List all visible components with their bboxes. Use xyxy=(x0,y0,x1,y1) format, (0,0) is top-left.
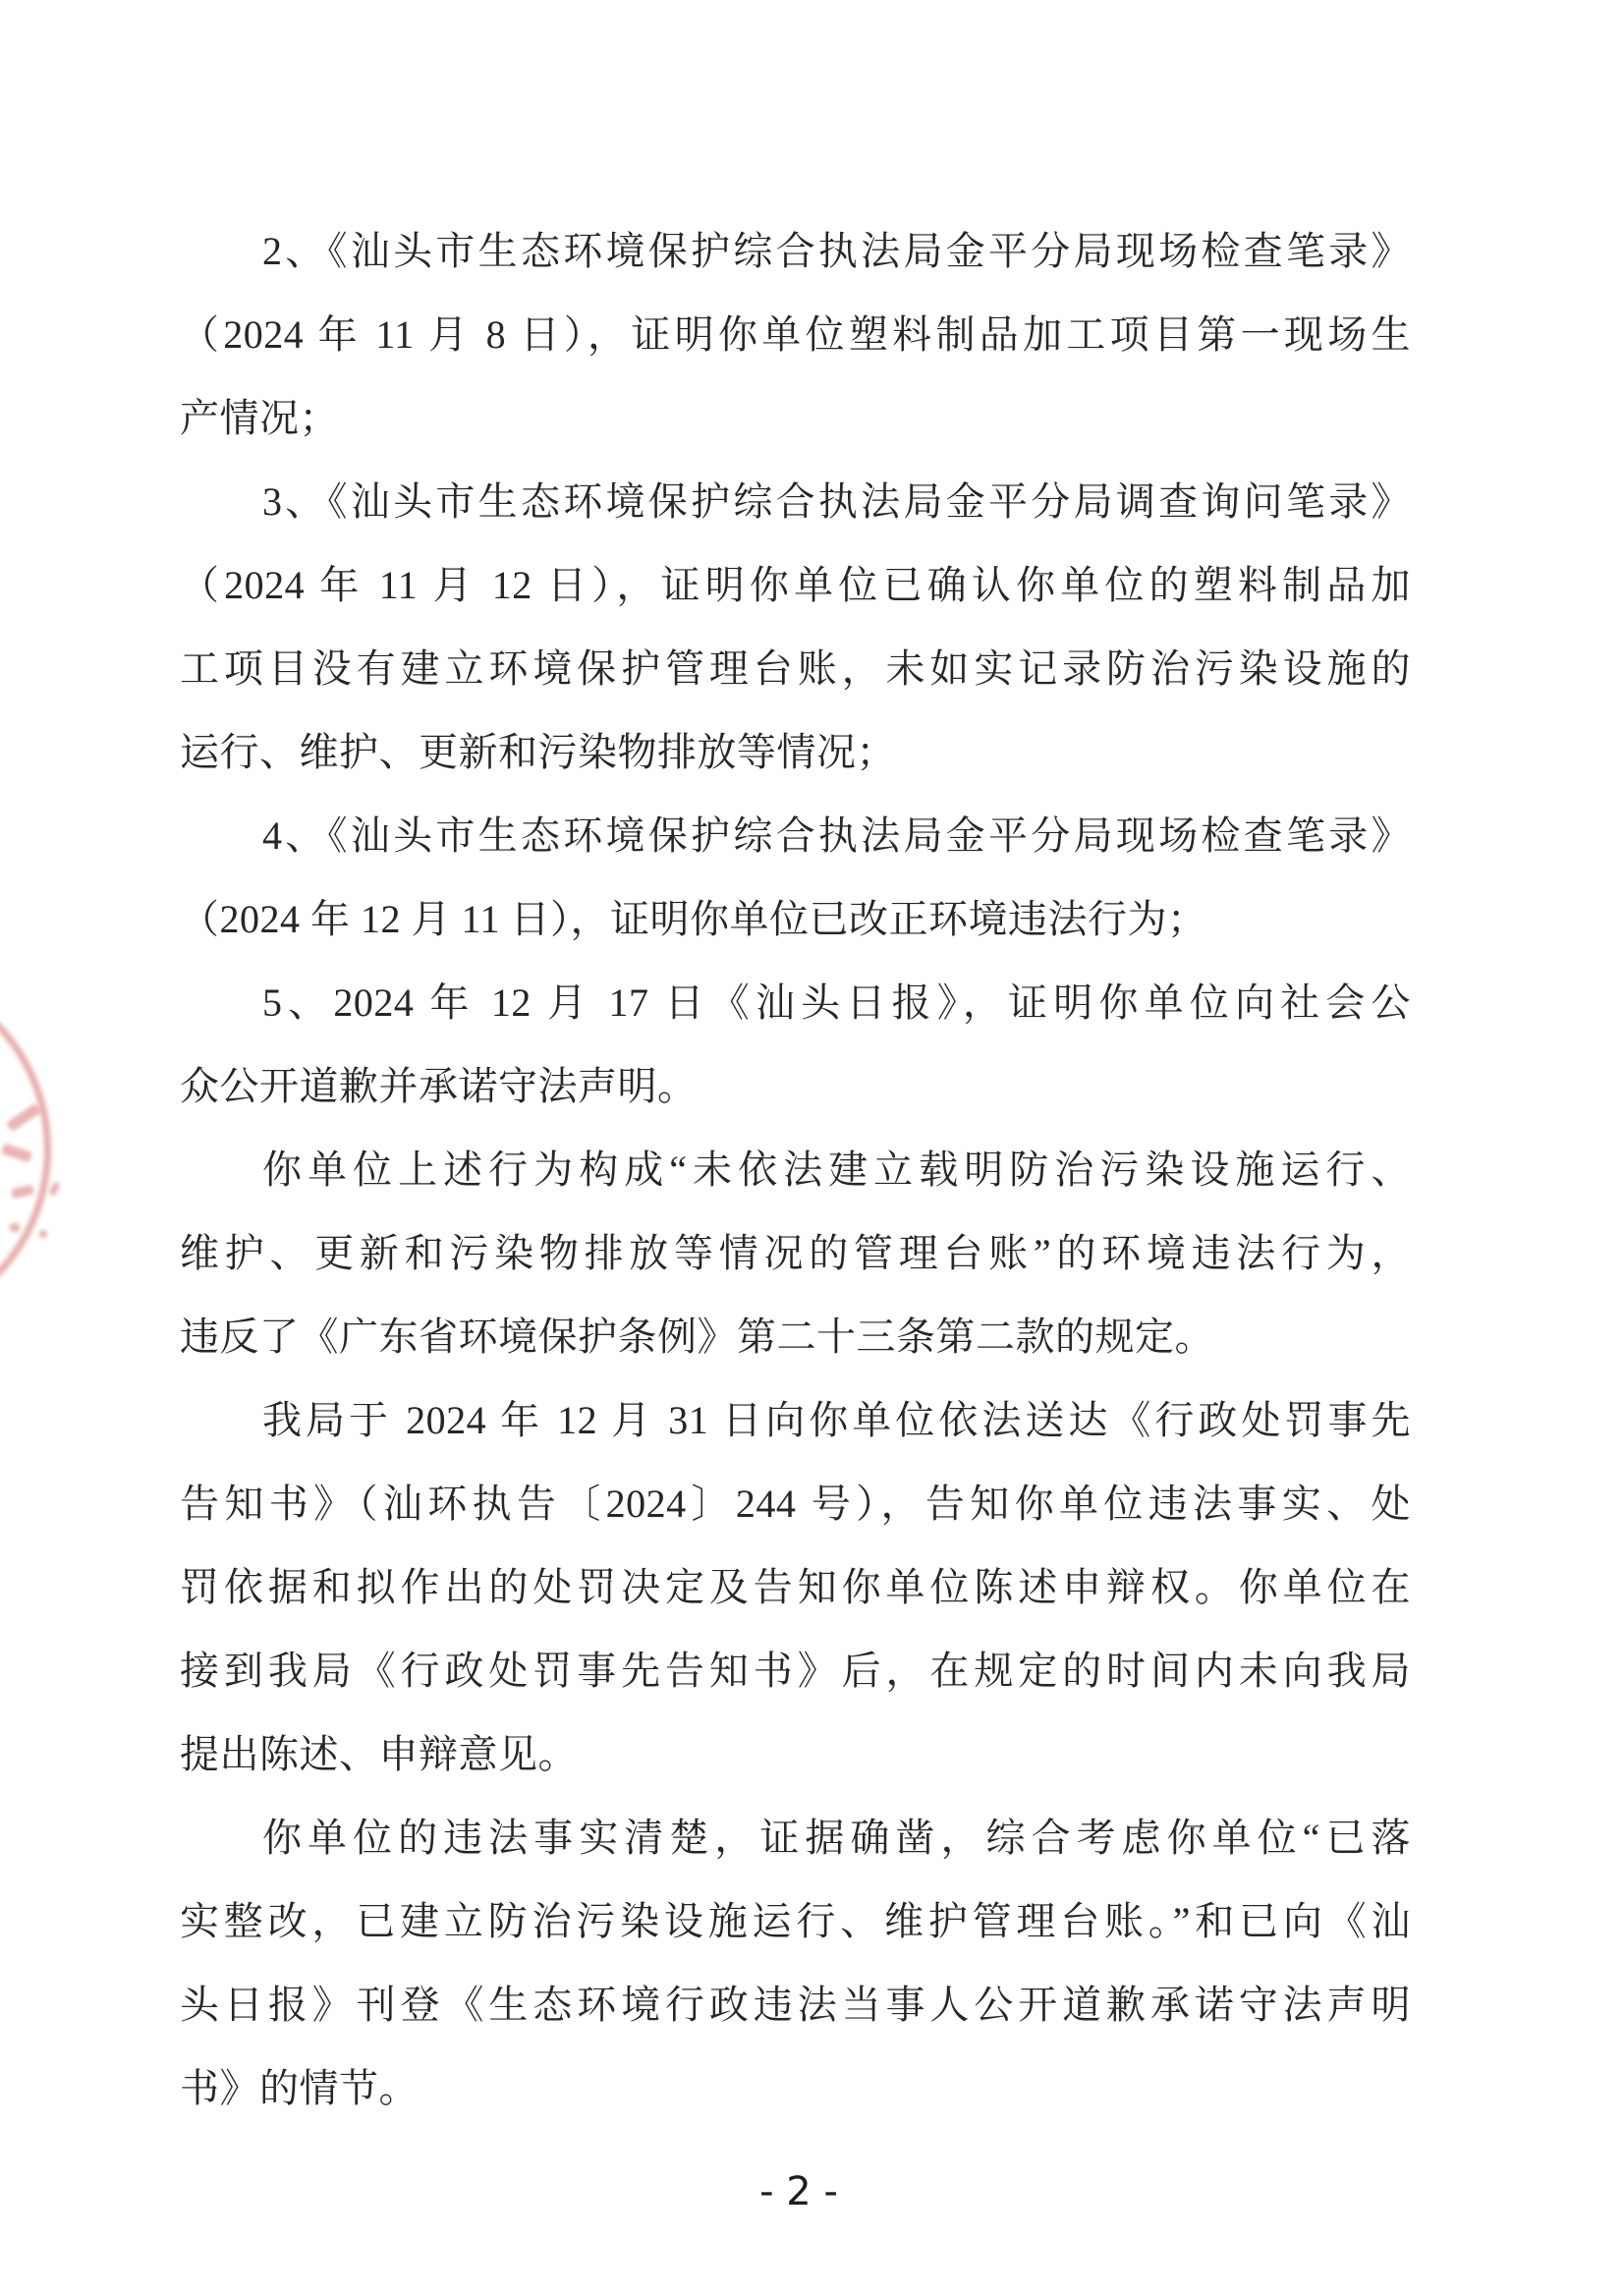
doc-line: 维护、更新和污染物排放等情况的管理台账”的环境违法行为， xyxy=(180,1211,1411,1295)
document-body: 2、《汕头市生态环境保护综合执法局金平分局现场检查笔录》 （2024 年 11 … xyxy=(180,209,1411,2130)
doc-line: 5、2024 年 12 月 17 日《汕头日报》，证明你单位向社会公 xyxy=(180,961,1411,1044)
seal-mark xyxy=(1,1144,32,1163)
doc-line: 提出陈述、申辩意见。 xyxy=(180,1712,1411,1796)
doc-line: 众公开道歉并承诺守法声明。 xyxy=(180,1044,1411,1128)
seal-arc xyxy=(0,1022,51,1292)
page-number: - 2 - xyxy=(0,2157,1597,2226)
doc-line: 2、《汕头市生态环境保护综合执法局金平分局现场检查笔录》 xyxy=(180,209,1411,293)
doc-line: 你单位上述行为构成“未依法建立载明防治污染设施运行、 xyxy=(180,1128,1411,1211)
seal-mark xyxy=(6,1103,41,1132)
doc-line: 你单位的违法事实清楚，证据确凿，综合考虑你单位“已落 xyxy=(180,1796,1411,1879)
doc-line: 书》的情节。 xyxy=(180,2046,1411,2130)
doc-line: 3、《汕头市生态环境保护综合执法局金平分局调查询问笔录》 xyxy=(180,460,1411,543)
seal-mark xyxy=(39,1230,47,1238)
doc-line: （2024 年 11 月 8 日），证明你单位塑料制品加工项目第一现场生 xyxy=(180,293,1411,376)
doc-line: （2024 年 12 月 11 日），证明你单位已改正环境违法行为； xyxy=(180,877,1411,961)
doc-line: 产情况； xyxy=(180,376,1411,460)
doc-line: 头日报》刊登《生态环境行政违法当事人公开道歉承诺守法声明 xyxy=(180,1963,1411,2046)
doc-line: 实整改，已建立防治污染设施运行、维护管理台账。”和已向《汕 xyxy=(180,1879,1411,1963)
seal-mark xyxy=(48,1181,60,1197)
seal-mark xyxy=(10,1223,20,1232)
red-seal-fragment-icon xyxy=(0,1022,93,1292)
doc-line: 运行、维护、更新和污染物排放等情况； xyxy=(180,710,1411,794)
doc-line: 4、《汕头市生态环境保护综合执法局金平分局现场检查笔录》 xyxy=(180,794,1411,877)
seal-mark xyxy=(11,1185,34,1199)
doc-line: 我局于 2024 年 12 月 31 日向你单位依法送达《行政处罚事先 xyxy=(180,1378,1411,1462)
doc-line: 违反了《广东省环境保护条例》第二十三条第二款的规定。 xyxy=(180,1295,1411,1378)
scanned-document-page: 2、《汕头市生态环境保护综合执法局金平分局现场检查笔录》 （2024 年 11 … xyxy=(0,0,1624,2295)
doc-line: 接到我局《行政处罚事先告知书》后，在规定的时间内未向我局 xyxy=(180,1629,1411,1712)
doc-line: 工项目没有建立环境保护管理台账，未如实记录防治污染设施的 xyxy=(180,627,1411,710)
doc-line: 告知书》（汕环执告〔2024〕244 号），告知你单位违法事实、处 xyxy=(180,1462,1411,1545)
doc-line: 罚依据和拟作出的处罚决定及告知你单位陈述申辩权。你单位在 xyxy=(180,1545,1411,1629)
doc-line: （2024 年 11 月 12 日），证明你单位已确认你单位的塑料制品加 xyxy=(180,543,1411,627)
